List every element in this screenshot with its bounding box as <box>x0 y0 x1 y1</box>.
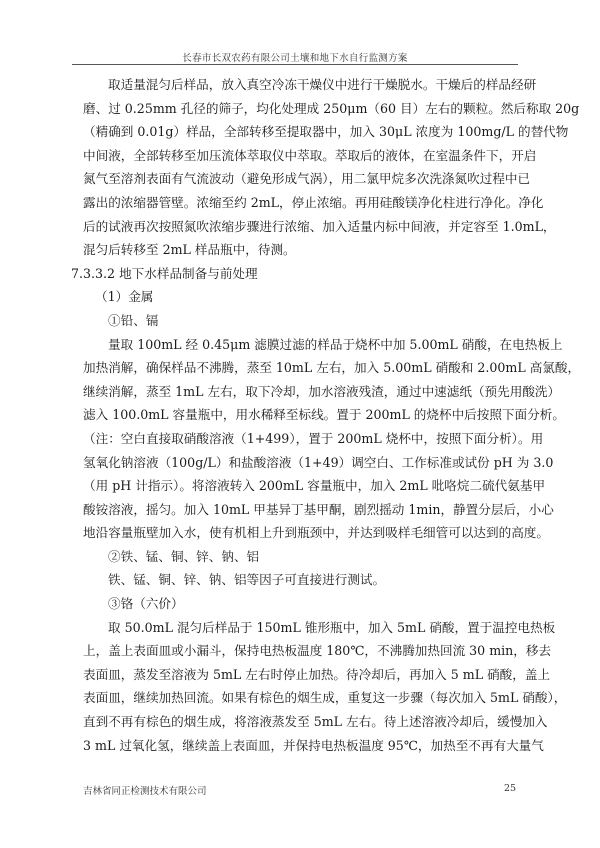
paragraph-line: 酸铵溶液，摇匀。加入 10mL 甲基异丁基甲酮，剧烈摇动 1min，静置分层后，… <box>83 498 517 522</box>
paragraph-line: 磨、过 0.25mm 孔径的筛子，均化处理成 250μm（60 目）左右的颗粒。… <box>83 97 517 121</box>
paragraph-line: 后的试液再次按照氮吹浓缩步骤进行浓缩、加入适量内标中间液，并定容至 1.0mL， <box>83 215 517 239</box>
paragraph-line: 氮气至溶剂表面有气流波动（避免形成气涡），用二氯甲烷多次洗涤氮吹过程中已 <box>83 167 517 191</box>
paragraph-line: 铁、锰、铜、锌、钠、铝等因子可直接进行测试。 <box>83 568 517 592</box>
header-divider <box>72 64 518 65</box>
page-header-title: 长春市长双农药有限公司土壤和地下水自行监测方案 <box>72 50 518 64</box>
footer-company: 吉林省同正检测技术有限公司 <box>83 783 207 797</box>
paragraph-line: 上，盖上表面皿或小漏斗，保持电热板温度 180℃，不沸腾加热回流 30 min，… <box>83 639 517 663</box>
paragraph-line: （用 pH 计指示）。将溶液转入 200mL 容量瓶中，加入 2mL 吡咯烷二硫… <box>83 474 517 498</box>
paragraph-line: 表面皿，蒸发至溶液为 5mL 左右时停止加热。待冷却后，再加入 5 mL 硝酸，… <box>83 663 517 687</box>
paragraph-line: 氢氧化钠溶液（100g/L）和盐酸溶液（1+49）调空白、工作标准或试份 pH … <box>83 451 517 475</box>
paragraph-line: 地沿容量瓶壁加入水，使有机相上升到瓶颈中，并达到吸样毛细管可以达到的高度。 <box>83 521 517 545</box>
paragraph-line: 直到不再有棕色的烟生成，将溶液蒸发至 5mL 左右。待上述溶液冷却后，缓慢加入 <box>83 710 517 734</box>
paragraph-line: 加热消解，确保样品不沸腾，蒸至 10mL 左右，加入 5.00mL 硝酸和 2.… <box>83 356 517 380</box>
subsection-heading: （1）金属 <box>83 285 517 309</box>
paragraph-line: 露出的浓缩器管壁。浓缩至约 2mL，停止浓缩。再用硅酸镁净化柱进行净化。净化 <box>83 191 517 215</box>
paragraph-line: 中间液，全部转移至加压流体萃取仪中萃取。萃取后的液体，在室温条件下，开启 <box>83 144 517 168</box>
page-number: 25 <box>504 783 516 794</box>
item-heading: ③铬（六价） <box>83 592 517 616</box>
paragraph-line: 混匀后转移至 2mL 样品瓶中，待测。 <box>83 238 517 262</box>
paragraph-line: 表面皿，继续加热回流。如果有棕色的烟生成，重复这一步骤（每次加入 5mL 硝酸）… <box>83 686 517 710</box>
paragraph-line: （精确到 0.01g）样品，全部转移至提取器中，加入 30μL 浓度为 100m… <box>83 120 517 144</box>
paragraph-line: 继续消解，蒸至 1mL 左右，取下冷却，加水溶液残渣，通过中速滤纸（预先用酸洗） <box>83 380 517 404</box>
document-body: 取适量混匀后样品，放入真空冷冻干燥仪中进行干燥脱水。干燥后的样品经研 磨、过 0… <box>83 73 517 757</box>
section-heading: 7.3.3.2 地下水样品制备与前处理 <box>71 262 517 286</box>
item-heading: ①铅、镉 <box>83 309 517 333</box>
paragraph-line: 3 mL 过氧化氢，继续盖上表面皿，并保持电热板温度 95℃，加热至不再有大量气 <box>83 734 517 758</box>
paragraph-line: 取适量混匀后样品，放入真空冷冻干燥仪中进行干燥脱水。干燥后的样品经研 <box>83 73 517 97</box>
paragraph-line: 滤入 100.0mL 容量瓶中，用水稀释至标线。置于 200mL 的烧杯中后按照… <box>83 403 517 427</box>
paragraph-line: 量取 100mL 经 0.45μm 滤膜过滤的样品于烧杯中加 5.00mL 硝酸… <box>83 333 517 357</box>
paragraph-line: 取 50.0mL 混匀后样品于 150mL 锥形瓶中，加入 5mL 硝酸，置于温… <box>83 616 517 640</box>
item-heading: ②铁、锰、铜、锌、钠、铝 <box>83 545 517 569</box>
paragraph-line: （注：空白直接取硝酸溶液（1+499），置于 200mL 烧杯中，按照下面分析）… <box>83 427 517 451</box>
